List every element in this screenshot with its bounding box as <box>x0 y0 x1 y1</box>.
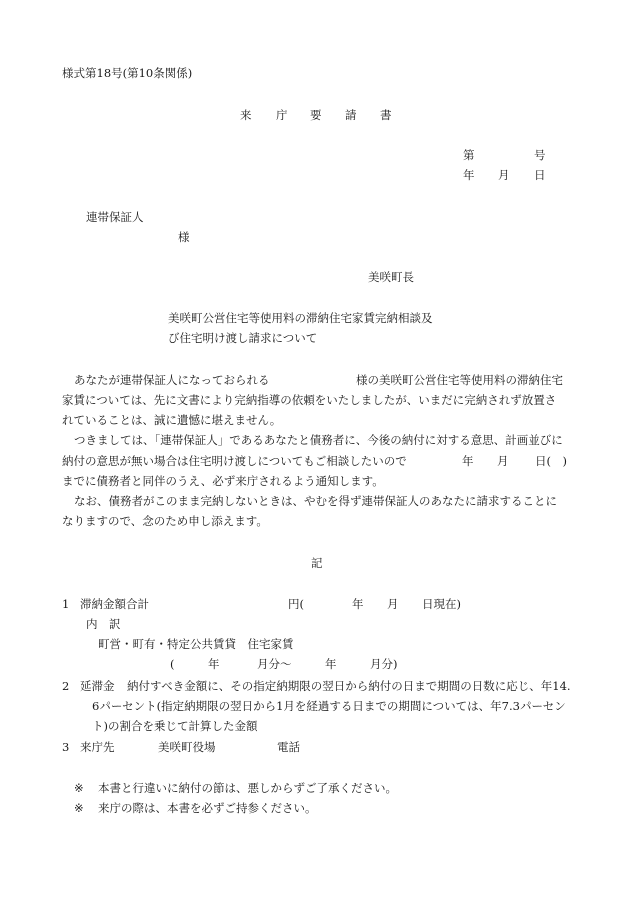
as-of-year: 年 <box>352 599 364 611</box>
title-char: 書 <box>380 110 392 122</box>
body-line: までに債務者と同伴のうえ、必ず来庁されるよう通知します。 <box>62 476 384 488</box>
item-description: 納付すべき金額に、その指定納期限の翌日から納付の日まで期間の日数に応じ、年14. <box>127 681 571 693</box>
body-line: なりますので、念のため申し添えます。 <box>62 516 268 528</box>
recipient-label: 連帯保証人 <box>86 212 144 224</box>
period-to-year: 年 <box>325 659 337 671</box>
item-label: 来庁先 <box>80 742 115 754</box>
deadline-day: 日( ) <box>535 456 567 468</box>
sender: 美咲町長 <box>368 272 414 284</box>
note-text: 本書と行違いに納付の節は、悪しからずご了承ください。 <box>98 783 397 795</box>
date-year: 年 <box>463 170 475 182</box>
period-open: ( <box>170 659 175 671</box>
body-line: 様の美咲町公営住宅等使用料の滞納住宅 <box>356 375 563 387</box>
note-mark-icon: ※ <box>74 803 84 815</box>
doc-number-prefix: 第 <box>463 150 475 162</box>
recipient-honorific: 様 <box>178 232 190 244</box>
as-of-day: 日現在) <box>422 599 461 611</box>
phone-label: 電話 <box>277 742 300 754</box>
breakdown-label: 内 訳 <box>86 619 121 631</box>
note-text: 来庁の際は、本書を必ずご持参ください。 <box>98 803 317 815</box>
deadline-month: 月 <box>497 456 509 468</box>
ki-heading: 記 <box>311 558 323 570</box>
item-label: 滞納金額合計 <box>80 599 149 611</box>
body-line: 家賃については、先に文書により完納指導の依頼をいたしましたが、いまだに完納されず… <box>62 395 556 407</box>
visit-place: 美咲町役場 <box>158 742 216 754</box>
item-number: 2 <box>62 681 69 693</box>
date-month: 月 <box>498 170 510 182</box>
doc-number-suffix: 号 <box>534 150 546 162</box>
subject-line: 美咲町公営住宅等使用料の滞納住宅家賃完納相談及 <box>168 313 433 325</box>
form-id: 様式第18号(第10条関係) <box>62 68 192 80</box>
as-of-month: 月 <box>387 599 399 611</box>
body-line: あなたが連帯保証人になっておられる <box>74 375 270 387</box>
title-char: 来 <box>240 110 252 122</box>
period-from-year: 年 <box>208 659 220 671</box>
breakdown-type: 町営・町有・特定公共賃貸 住宅家賃 <box>98 639 294 651</box>
item-number: 3 <box>62 742 69 754</box>
body-line: れていることは、誠に遺憾に堪えません。 <box>62 415 281 427</box>
amount-yen: 円( <box>288 599 304 611</box>
title-char: 庁 <box>276 110 288 122</box>
subject-line: び住宅明け渡し請求について <box>168 333 317 345</box>
body-line: つきましては、「連帯保証人」であるあなたと債務者に、今後の納付に対する意思、計画… <box>74 435 563 447</box>
title-char: 請 <box>345 110 357 122</box>
item-description: 6パーセント(指定納期限の翌日から1月を経過する日までの期間については、年7.3… <box>92 701 566 713</box>
body-line: なお、債務者がこのまま完納しないときは、やむを得ず連帯保証人のあなたに請求するこ… <box>74 496 557 508</box>
date-day: 日 <box>534 170 546 182</box>
body-line: 納付の意思が無い場合は住宅明け渡しについてもご相談したいので <box>62 456 407 468</box>
item-number: 1 <box>62 599 69 611</box>
title-char: 要 <box>310 110 322 122</box>
note-mark-icon: ※ <box>74 783 84 795</box>
item-label: 延滞金 <box>80 681 115 693</box>
period-from-month: 月分〜 <box>257 659 292 671</box>
deadline-year: 年 <box>462 456 474 468</box>
period-to-month: 月分) <box>370 659 398 671</box>
item-description: ト)の割合を乗じて計算した金額 <box>92 721 258 733</box>
